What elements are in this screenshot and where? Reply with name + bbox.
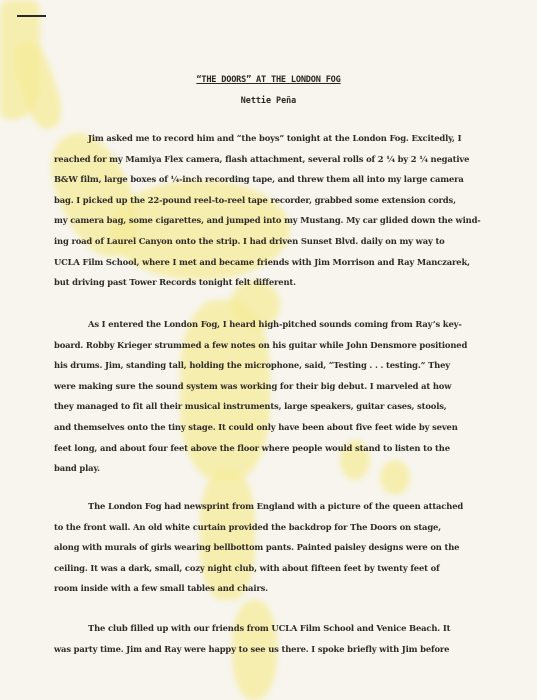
text-line: band play. <box>54 458 494 479</box>
paragraph-3: The London Fog had newsprint from Englan… <box>54 496 494 599</box>
text-line: Jim asked me to record him and “the boys… <box>54 128 494 149</box>
text-line: UCLA Film School, where I met and became… <box>54 252 494 273</box>
paragraph-1: Jim asked me to record him and “the boys… <box>54 128 494 293</box>
text-line: were making sure the sound system was wo… <box>54 376 494 397</box>
text-line: ing road of Laurel Canyon onto the strip… <box>54 231 494 252</box>
pen-mark <box>17 15 46 17</box>
text-line: The club filled up with our friends from… <box>54 618 494 639</box>
author-name: Nettie Peña <box>0 95 537 105</box>
text-line: was party time. Jim and Ray were happy t… <box>54 639 494 660</box>
text-line: room inside with a few small tables and … <box>54 578 494 599</box>
typewritten-page: “THE DOORS” AT THE LONDON FOG Nettie Peñ… <box>0 0 537 700</box>
text-line: bag. I picked up the 22-pound reel-to-re… <box>54 190 494 211</box>
text-line: my camera bag, some cigarettes, and jump… <box>54 210 494 231</box>
text-line: ceiling. It was a dark, small, cozy nigh… <box>54 558 494 579</box>
text-line: As I entered the London Fog, I heard hig… <box>54 314 494 335</box>
text-line: feet long, and about four feet above the… <box>54 438 494 459</box>
text-line: The London Fog had newsprint from Englan… <box>54 496 494 517</box>
text-line: reached for my Mamiya Flex camera, flash… <box>54 149 494 170</box>
text-line: board. Robby Krieger strummed a few note… <box>54 335 494 356</box>
text-line: B&W film, large boxes of ¼-inch recordin… <box>54 169 494 190</box>
text-line: along with murals of girls wearing bellb… <box>54 537 494 558</box>
paragraph-4: The club filled up with our friends from… <box>54 618 494 659</box>
text-line: his drums. Jim, standing tall, holding t… <box>54 355 494 376</box>
document-title: “THE DOORS” AT THE LONDON FOG <box>0 75 537 85</box>
text-line: and themselves onto the tiny stage. It c… <box>54 417 494 438</box>
paragraph-2: As I entered the London Fog, I heard hig… <box>54 314 494 479</box>
text-line: to the front wall. An old white curtain … <box>54 517 494 538</box>
text-line: they managed to fit all their musical in… <box>54 396 494 417</box>
text-line: but driving past Tower Records tonight f… <box>54 272 494 293</box>
